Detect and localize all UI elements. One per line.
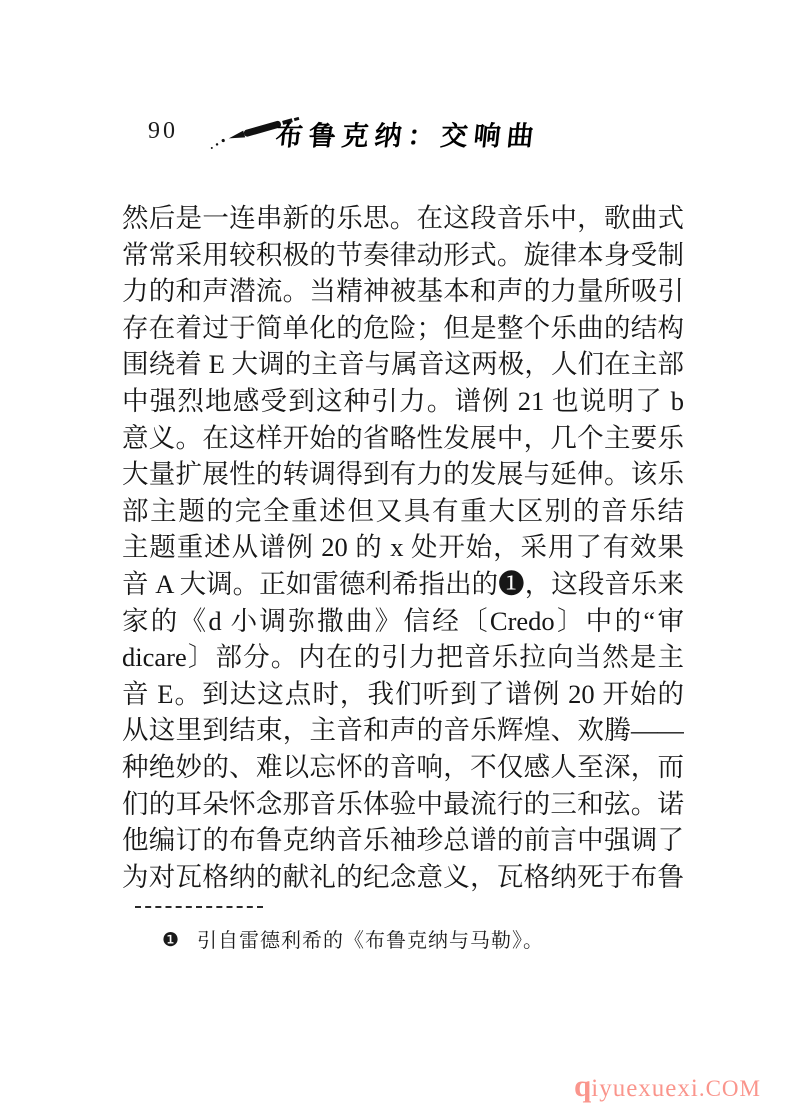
body-line: 他编订的布鲁克纳音乐袖珍总谱的前言中强调了此曲作 (122, 822, 684, 859)
book-page: 90 布鲁克纳：交响曲 然后是一连串新的乐思。在这段音乐中，歌曲式的展开 常常采… (0, 0, 794, 1120)
body-line: 从这里到结束，主音和声的音乐辉煌、欢腾——这是一 (122, 712, 684, 749)
footnote-marker: ❶ (162, 928, 179, 954)
footnote-divider (135, 906, 263, 908)
body-line: 常常采用较积极的节奏律动形式。旋律本身受制于强有 (122, 237, 684, 274)
site-watermark: qiyuexuexi.COM (574, 1068, 761, 1104)
body-line: 部主题的完全重述但又具有重大区别的音乐结束。主部 (122, 493, 684, 530)
body-line: 力的和声潜流。当精神被基本和声的力量所吸引时，总 (122, 273, 684, 310)
footnote-text: 引自雷德利希的《布鲁克纳与马勒》。 (197, 928, 544, 954)
body-line: 然后是一连串新的乐思。在这段音乐中，歌曲式的展开 (122, 200, 684, 237)
body-line: 大量扩展性的转调得到有力的发展与延伸。该乐章以主 (122, 456, 684, 493)
body-line: 音 E。到达这点时，我们听到了谱例 20 开始的琶音。 (122, 676, 684, 713)
running-head-title: 布鲁克纳：交响曲 (274, 114, 542, 153)
watermark-name: iyuexuexi (591, 1075, 699, 1102)
body-text: 然后是一连串新的乐思。在这段音乐中，歌曲式的展开 常常采用较积极的节奏律动形式。… (122, 200, 684, 895)
watermark-q: q (574, 1068, 591, 1103)
watermark-domain: .COM (699, 1076, 761, 1101)
page-header: 90 布鲁克纳：交响曲 (148, 112, 708, 152)
body-line: 们的耳朵怀念那音乐体验中最流行的三和弦。诺瓦克在 (122, 786, 684, 823)
body-line: 意义。在这样开始的省略性发展中，几个主要乐思通过 (122, 420, 684, 457)
page-number: 90 (148, 118, 178, 145)
body-line: 围绕着 E 大调的主音与属音这两极，人们在主部主题 (122, 346, 684, 383)
body-line: 中强烈地感受到这种引力。谱例 21 也说明了 b 小调的 (122, 383, 684, 420)
body-line: 种绝妙的、难以忘怀的音响，不仅感人至深，而且使人 (122, 749, 684, 786)
body-line: dicare〕部分。内在的引力把音乐拉向当然是主调的属 (122, 639, 684, 676)
footnote: ❶ 引自雷德利希的《布鲁克纳与马勒》。 (162, 928, 682, 954)
body-line: 家的《d 小调弥撒曲》信经〔Credo〕中的“审判”〔Ju- (122, 603, 684, 640)
body-line: 为对瓦格纳的献礼的纪念意义，瓦格纳死于布鲁克纳这 (122, 859, 684, 896)
body-line: 存在着过于简单化的危险；但是整个乐曲的结构倾向于 (122, 310, 684, 347)
body-line: 音 A 大调。正如雷德利希指出的❶，这段音乐来自作曲 (122, 566, 684, 603)
body-line: 主题重述从谱例 20 的 x 处开始，采用了有效果的下属 (122, 529, 684, 566)
